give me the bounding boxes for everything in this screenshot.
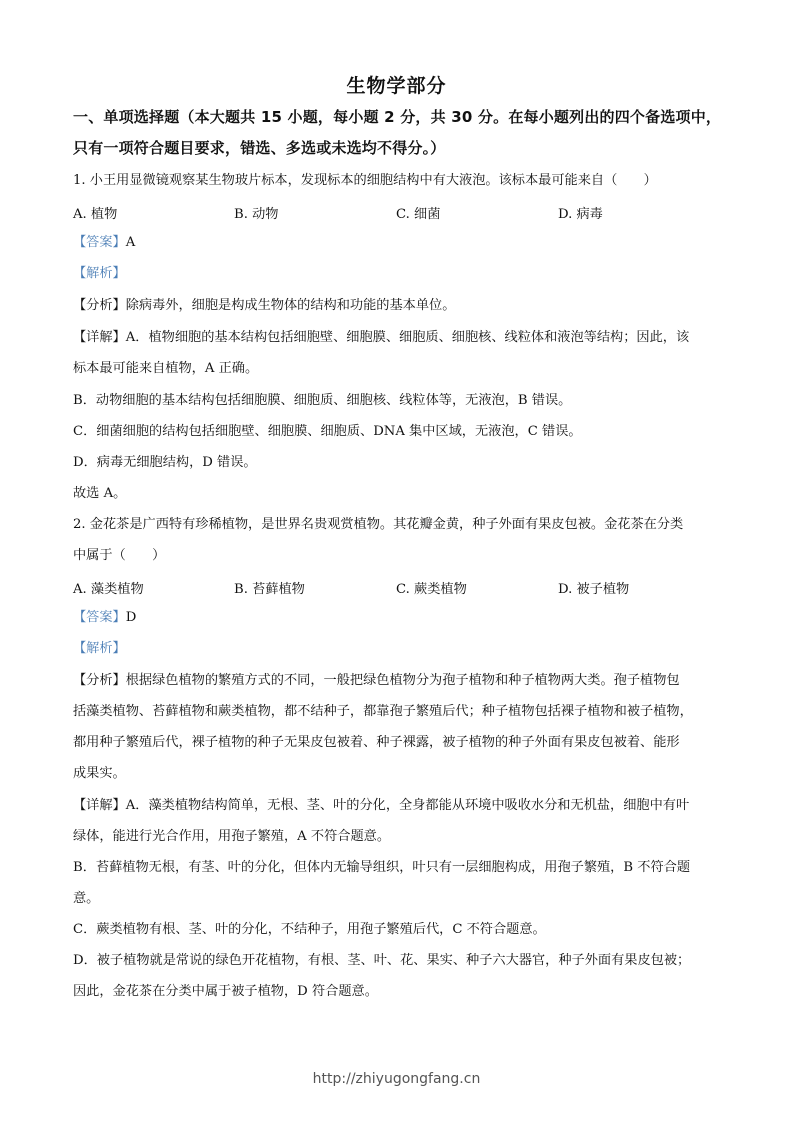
fenxi-tag: 【分析】 [73, 673, 126, 688]
question-1-fenxi: 【分析】除病毒外，细胞是构成生物体的结构和功能的基本单位。 [73, 297, 455, 315]
xiangjie-tag: 【详解】 [73, 798, 126, 813]
analysis-tag: 【解析】 [73, 641, 126, 656]
xiangjie-line: C．蕨类植物有根、茎、叶的分化，不结种子，用孢子繁殖后代，C 不符合题意。 [73, 921, 546, 939]
question-1-option-d: D. 病毒 [558, 203, 603, 222]
question-1-answer: 【答案】A [73, 234, 135, 252]
answer-value: A [126, 235, 136, 250]
conclusion-line: 故选 A。 [73, 485, 126, 503]
xiangjie-line: D．病毒无细胞结构，D 错误。 [73, 454, 257, 472]
question-2-option-d: D. 被子植物 [558, 578, 629, 597]
fenxi-text: 除病毒外，细胞是构成生物体的结构和功能的基本单位。 [126, 298, 456, 313]
xiangjie-line: B．动物细胞的基本结构包括细胞膜、细胞质、细胞核、线粒体等，无液泡，B 错误。 [73, 392, 571, 410]
question-1-option-a: A. 植物 [73, 203, 117, 222]
question-1-analysis-heading: 【解析】 [73, 265, 126, 283]
question-1-option-b: B. 动物 [234, 203, 278, 222]
question-1-stem: 1. 小王用显微镜观察某生物玻片标本，发现标本的细胞结构中有大液泡。该标本最可能… [73, 172, 657, 190]
xiangjie-line: 因此，金花茶在分类中属于被子植物，D 符合题意。 [73, 983, 378, 1001]
question-2-stem-cont: 中属于（ ） [73, 547, 165, 565]
xiangjie-text: A．藻类植物结构简单，无根、茎、叶的分化，全身都能从环境中吸收水分和无机盐，细胞… [126, 798, 689, 813]
question-1-xiangjie: 【详解】A．植物细胞的基本结构包括细胞壁、细胞膜、细胞质、细胞核、线粒体和液泡等… [73, 329, 689, 347]
question-2-option-b: B. 苔藓植物 [234, 578, 305, 597]
section-heading-line1: 一、单项选择题（本大题共 15 小题，每小题 2 分，共 30 分。在每小题列出… [73, 108, 721, 126]
xiangjie-tag: 【详解】 [73, 330, 126, 345]
question-2-stem: 2. 金花茶是广西特有珍稀植物，是世界名贵观赏植物。其花瓣金黄，种子外面有果皮包… [73, 516, 683, 534]
section-heading-line2: 只有一项符合题目要求，错选、多选或未选均不得分。） [73, 139, 446, 157]
question-2-fenxi: 【分析】根据绿色植物的繁殖方式的不同，一般把绿色植物分为孢子植物和种子植物两大类… [73, 672, 680, 690]
question-2-option-c: C. 蕨类植物 [396, 578, 467, 597]
fenxi-text: 根据绿色植物的繁殖方式的不同，一般把绿色植物分为孢子植物和种子植物两大类。孢子植… [126, 673, 680, 688]
fenxi-line: 成果实。 [73, 765, 126, 783]
fenxi-line: 括藻类植物、苔藓植物和蕨类植物，都不结种子，都靠孢子繁殖后代；种子植物包括裸子植… [73, 703, 693, 721]
question-2-option-a: A. 藻类植物 [73, 578, 144, 597]
question-2-analysis-heading: 【解析】 [73, 640, 126, 658]
question-2-xiangjie: 【详解】A．藻类植物结构简单，无根、茎、叶的分化，全身都能从环境中吸收水分和无机… [73, 797, 689, 815]
footer-url: http://zhiyugongfang.cn [0, 1071, 793, 1087]
analysis-tag: 【解析】 [73, 266, 126, 281]
answer-tag: 【答案】 [73, 610, 126, 625]
xiangjie-line: 绿体，能进行光合作用，用孢子繁殖，A 不符合题意。 [73, 828, 390, 846]
question-1-option-c: C. 细菌 [396, 203, 440, 222]
page-title: 生物学部分 [0, 71, 793, 98]
xiangjie-line: 标本最可能来自植物，A 正确。 [73, 360, 258, 378]
xiangjie-line: B．苔藓植物无根，有茎、叶的分化，但体内无输导组织，叶只有一层细胞构成，用孢子繁… [73, 859, 690, 877]
document-page: 生物学部分 一、单项选择题（本大题共 15 小题，每小题 2 分，共 30 分。… [0, 0, 793, 1122]
answer-value: D [126, 610, 137, 625]
fenxi-tag: 【分析】 [73, 298, 126, 313]
xiangjie-text: A．植物细胞的基本结构包括细胞壁、细胞膜、细胞质、细胞核、线粒体和液泡等结构；因… [126, 330, 689, 345]
question-2-answer: 【答案】D [73, 609, 136, 627]
xiangjie-line: D．被子植物就是常说的绿色开花植物，有根、茎、叶、花、果实、种子六大器官，种子外… [73, 952, 690, 970]
xiangjie-line: C．细菌细胞的结构包括细胞壁、细胞膜、细胞质、DNA 集中区域，无液泡，C 错误… [73, 423, 582, 441]
fenxi-line: 都用种子繁殖后代，裸子植物的种子无果皮包被着、种子裸露，被子植物的种子外面有果皮… [73, 734, 680, 752]
xiangjie-line: 意。 [73, 890, 99, 908]
answer-tag: 【答案】 [73, 235, 126, 250]
